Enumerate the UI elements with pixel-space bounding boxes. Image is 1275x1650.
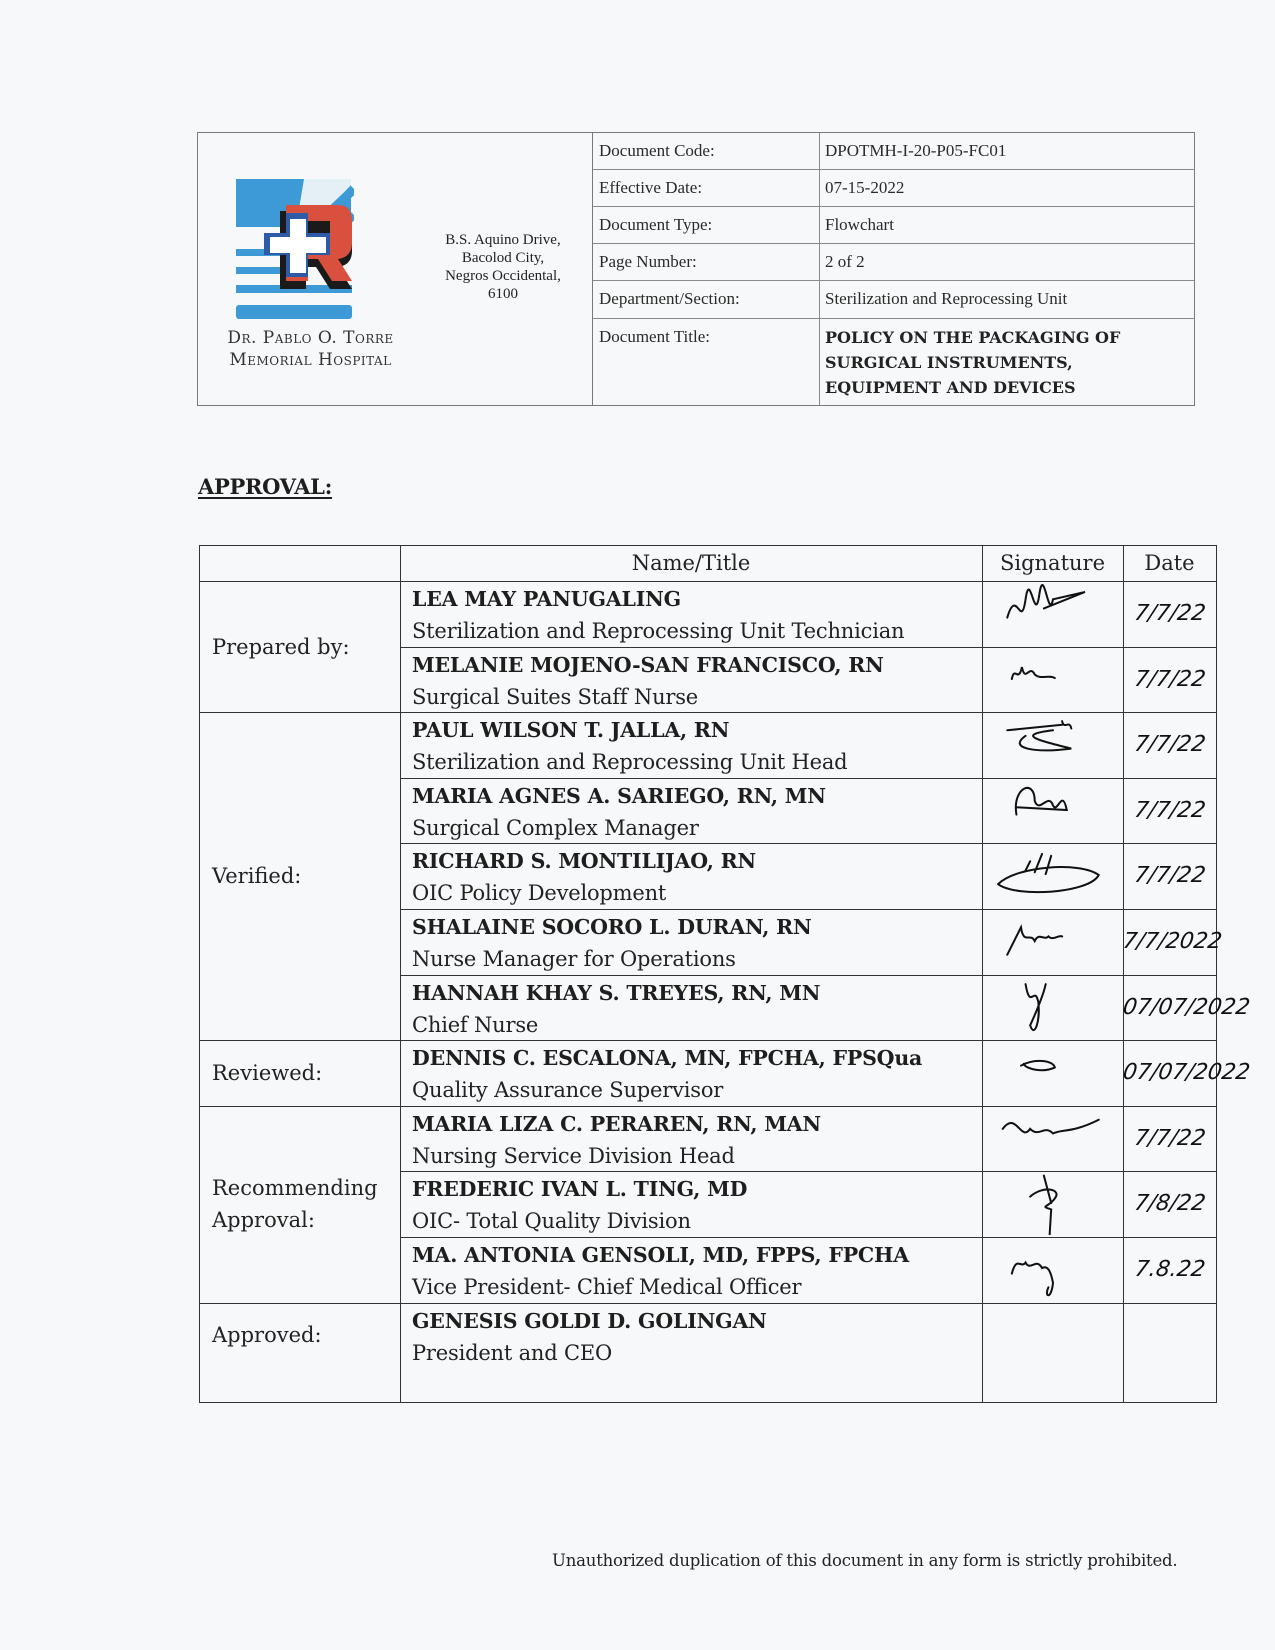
signatory-name: HANNAH KHAY S. TREYES, RN, MN bbox=[412, 977, 820, 1009]
signature-mark bbox=[990, 1106, 1116, 1170]
hospital-identity: Dr. Pablo O. Torre Memorial Hospital B.S… bbox=[198, 133, 593, 405]
role-label: Approved: bbox=[212, 1319, 322, 1351]
address-line: Bacolod City, bbox=[423, 249, 583, 267]
document-header: Dr. Pablo O. Torre Memorial Hospital B.S… bbox=[197, 132, 1195, 406]
field-label: Effective Date: bbox=[599, 178, 702, 198]
doc-code-row: Document Code: DPOTMH-I-20-P05-FC01 bbox=[593, 133, 1194, 170]
address-line: 6100 bbox=[423, 285, 583, 303]
approval-role: Prepared by: bbox=[212, 581, 398, 712]
header-signature: Signature bbox=[982, 546, 1123, 581]
approval-heading: APPROVAL: bbox=[198, 474, 332, 499]
address-line: Negros Occidental, bbox=[423, 267, 583, 285]
approval-role: Approved: bbox=[212, 1303, 398, 1369]
role-label: Reviewed: bbox=[212, 1057, 322, 1089]
signature-date: 7/7/2022 bbox=[1121, 929, 1219, 954]
signature-mark bbox=[990, 1171, 1116, 1235]
header-role bbox=[200, 546, 400, 581]
signature-date: 7.8.22 bbox=[1121, 1257, 1219, 1282]
signatory-name: PAUL WILSON T. JALLA, RN bbox=[412, 714, 729, 746]
signature-date: 07/07/2022 bbox=[1121, 1060, 1219, 1085]
signatory-name: MARIA AGNES A. SARIEGO, RN, MN bbox=[412, 780, 826, 812]
signatory-title: Nursing Service Division Head bbox=[412, 1140, 735, 1172]
signatory-title: Sterilization and Reprocessing Unit Head bbox=[412, 746, 847, 778]
document-title: POLICY ON THE PACKAGING OF SURGICAL INST… bbox=[825, 325, 1188, 400]
title-line: SURGICAL INSTRUMENTS, bbox=[825, 350, 1188, 375]
field-label: Page Number: bbox=[599, 252, 697, 272]
field-label: Document Title: bbox=[599, 327, 710, 347]
department-row: Department/Section: Sterilization and Re… bbox=[593, 281, 1194, 319]
signature-date: 07/07/2022 bbox=[1121, 995, 1219, 1020]
signature-mark bbox=[990, 778, 1116, 842]
role-label: Prepared by: bbox=[212, 631, 350, 663]
signatory-name: DENNIS C. ESCALONA, MN, FPCHA, FPSQua bbox=[412, 1042, 922, 1074]
doc-title-row: Document Title: POLICY ON THE PACKAGING … bbox=[593, 319, 1194, 407]
header-date: Date bbox=[1123, 546, 1216, 581]
signatory-title: President and CEO bbox=[412, 1337, 612, 1369]
field-value: DPOTMH-I-20-P05-FC01 bbox=[825, 141, 1188, 161]
field-label: Document Code: bbox=[599, 141, 715, 161]
signature-mark bbox=[990, 975, 1116, 1039]
hospital-name-line1: Dr. Pablo O. Torre bbox=[208, 327, 413, 349]
signatory-title: OIC- Total Quality Division bbox=[412, 1205, 691, 1237]
signature-date: 7/7/22 bbox=[1121, 1126, 1219, 1151]
title-line: POLICY ON THE PACKAGING OF bbox=[825, 325, 1188, 350]
signatory-title: Nurse Manager for Operations bbox=[412, 943, 736, 975]
approval-role: Verified: bbox=[212, 712, 398, 1040]
signature-mark bbox=[990, 843, 1116, 907]
header-name-title: Name/Title bbox=[400, 546, 982, 581]
doc-type-row: Document Type: Flowchart bbox=[593, 207, 1194, 244]
signatory-name: SHALAINE SOCORO L. DURAN, RN bbox=[412, 911, 812, 943]
signatory-title: Sterilization and Reprocessing Unit Tech… bbox=[412, 615, 904, 647]
role-label: Verified: bbox=[212, 860, 301, 892]
signatory-name: MARIA LIZA C. PERAREN, RN, MAN bbox=[412, 1108, 821, 1140]
signature-mark bbox=[990, 1237, 1116, 1301]
signatory-name: MELANIE MOJENO-SAN FRANCISCO, RN bbox=[412, 649, 884, 681]
signature-mark bbox=[990, 909, 1116, 973]
approval-table: Name/TitleSignatureDateLEA MAY PANUGALIN… bbox=[199, 545, 1217, 1403]
signatory-title: Surgical Complex Manager bbox=[412, 812, 699, 844]
signature-date: 7/7/22 bbox=[1121, 798, 1219, 823]
signatory-title: Chief Nurse bbox=[412, 1009, 538, 1041]
signature-date: 7/8/22 bbox=[1121, 1191, 1219, 1216]
signature-mark bbox=[990, 647, 1116, 711]
page-number-row: Page Number: 2 of 2 bbox=[593, 244, 1194, 281]
signatory-title: Quality Assurance Supervisor bbox=[412, 1074, 723, 1106]
hospital-address: B.S. Aquino Drive, Bacolod City, Negros … bbox=[423, 231, 583, 303]
hospital-logo-icon bbox=[234, 175, 354, 325]
signature-mark bbox=[990, 1040, 1116, 1104]
approval-role: Reviewed: bbox=[212, 1040, 398, 1106]
signature-date: 7/7/22 bbox=[1121, 667, 1219, 692]
signatory-name: FREDERIC IVAN L. TING, MD bbox=[412, 1173, 747, 1205]
signature-date: 7/7/22 bbox=[1121, 863, 1219, 888]
field-value: 07-15-2022 bbox=[825, 178, 1188, 198]
signatory-title: Surgical Suites Staff Nurse bbox=[412, 681, 698, 713]
field-value: Sterilization and Reprocessing Unit bbox=[825, 289, 1188, 309]
title-line: EQUIPMENT AND DEVICES bbox=[825, 375, 1188, 400]
footer-notice: Unauthorized duplication of this documen… bbox=[552, 1551, 1177, 1570]
signatory-title: OIC Policy Development bbox=[412, 877, 666, 909]
signatory-name: MA. ANTONIA GENSOLI, MD, FPPS, FPCHA bbox=[412, 1239, 909, 1271]
field-label: Department/Section: bbox=[599, 289, 740, 309]
effective-date-row: Effective Date: 07-15-2022 bbox=[593, 170, 1194, 207]
document-info-table: Document Code: DPOTMH-I-20-P05-FC01 Effe… bbox=[593, 133, 1194, 405]
signature-date: 7/7/22 bbox=[1121, 732, 1219, 757]
approval-role: Recommending Approval: bbox=[212, 1106, 398, 1303]
hospital-name: Dr. Pablo O. Torre Memorial Hospital bbox=[208, 327, 413, 371]
signatory-title: Vice President- Chief Medical Officer bbox=[412, 1271, 801, 1303]
role-label: Recommending Approval: bbox=[212, 1172, 398, 1236]
signatory-name: GENESIS GOLDI D. GOLINGAN bbox=[412, 1305, 767, 1337]
field-label: Document Type: bbox=[599, 215, 712, 235]
field-value: Flowchart bbox=[825, 215, 1188, 235]
signatory-name: LEA MAY PANUGALING bbox=[412, 583, 681, 615]
field-value: 2 of 2 bbox=[825, 252, 1188, 272]
address-line: B.S. Aquino Drive, bbox=[423, 231, 583, 249]
signatory-name: RICHARD S. MONTILIJAO, RN bbox=[412, 845, 756, 877]
signature-mark bbox=[990, 581, 1116, 645]
hospital-name-line2: Memorial Hospital bbox=[208, 349, 413, 371]
signature-mark bbox=[990, 712, 1116, 776]
signature-date: 7/7/22 bbox=[1121, 601, 1219, 626]
